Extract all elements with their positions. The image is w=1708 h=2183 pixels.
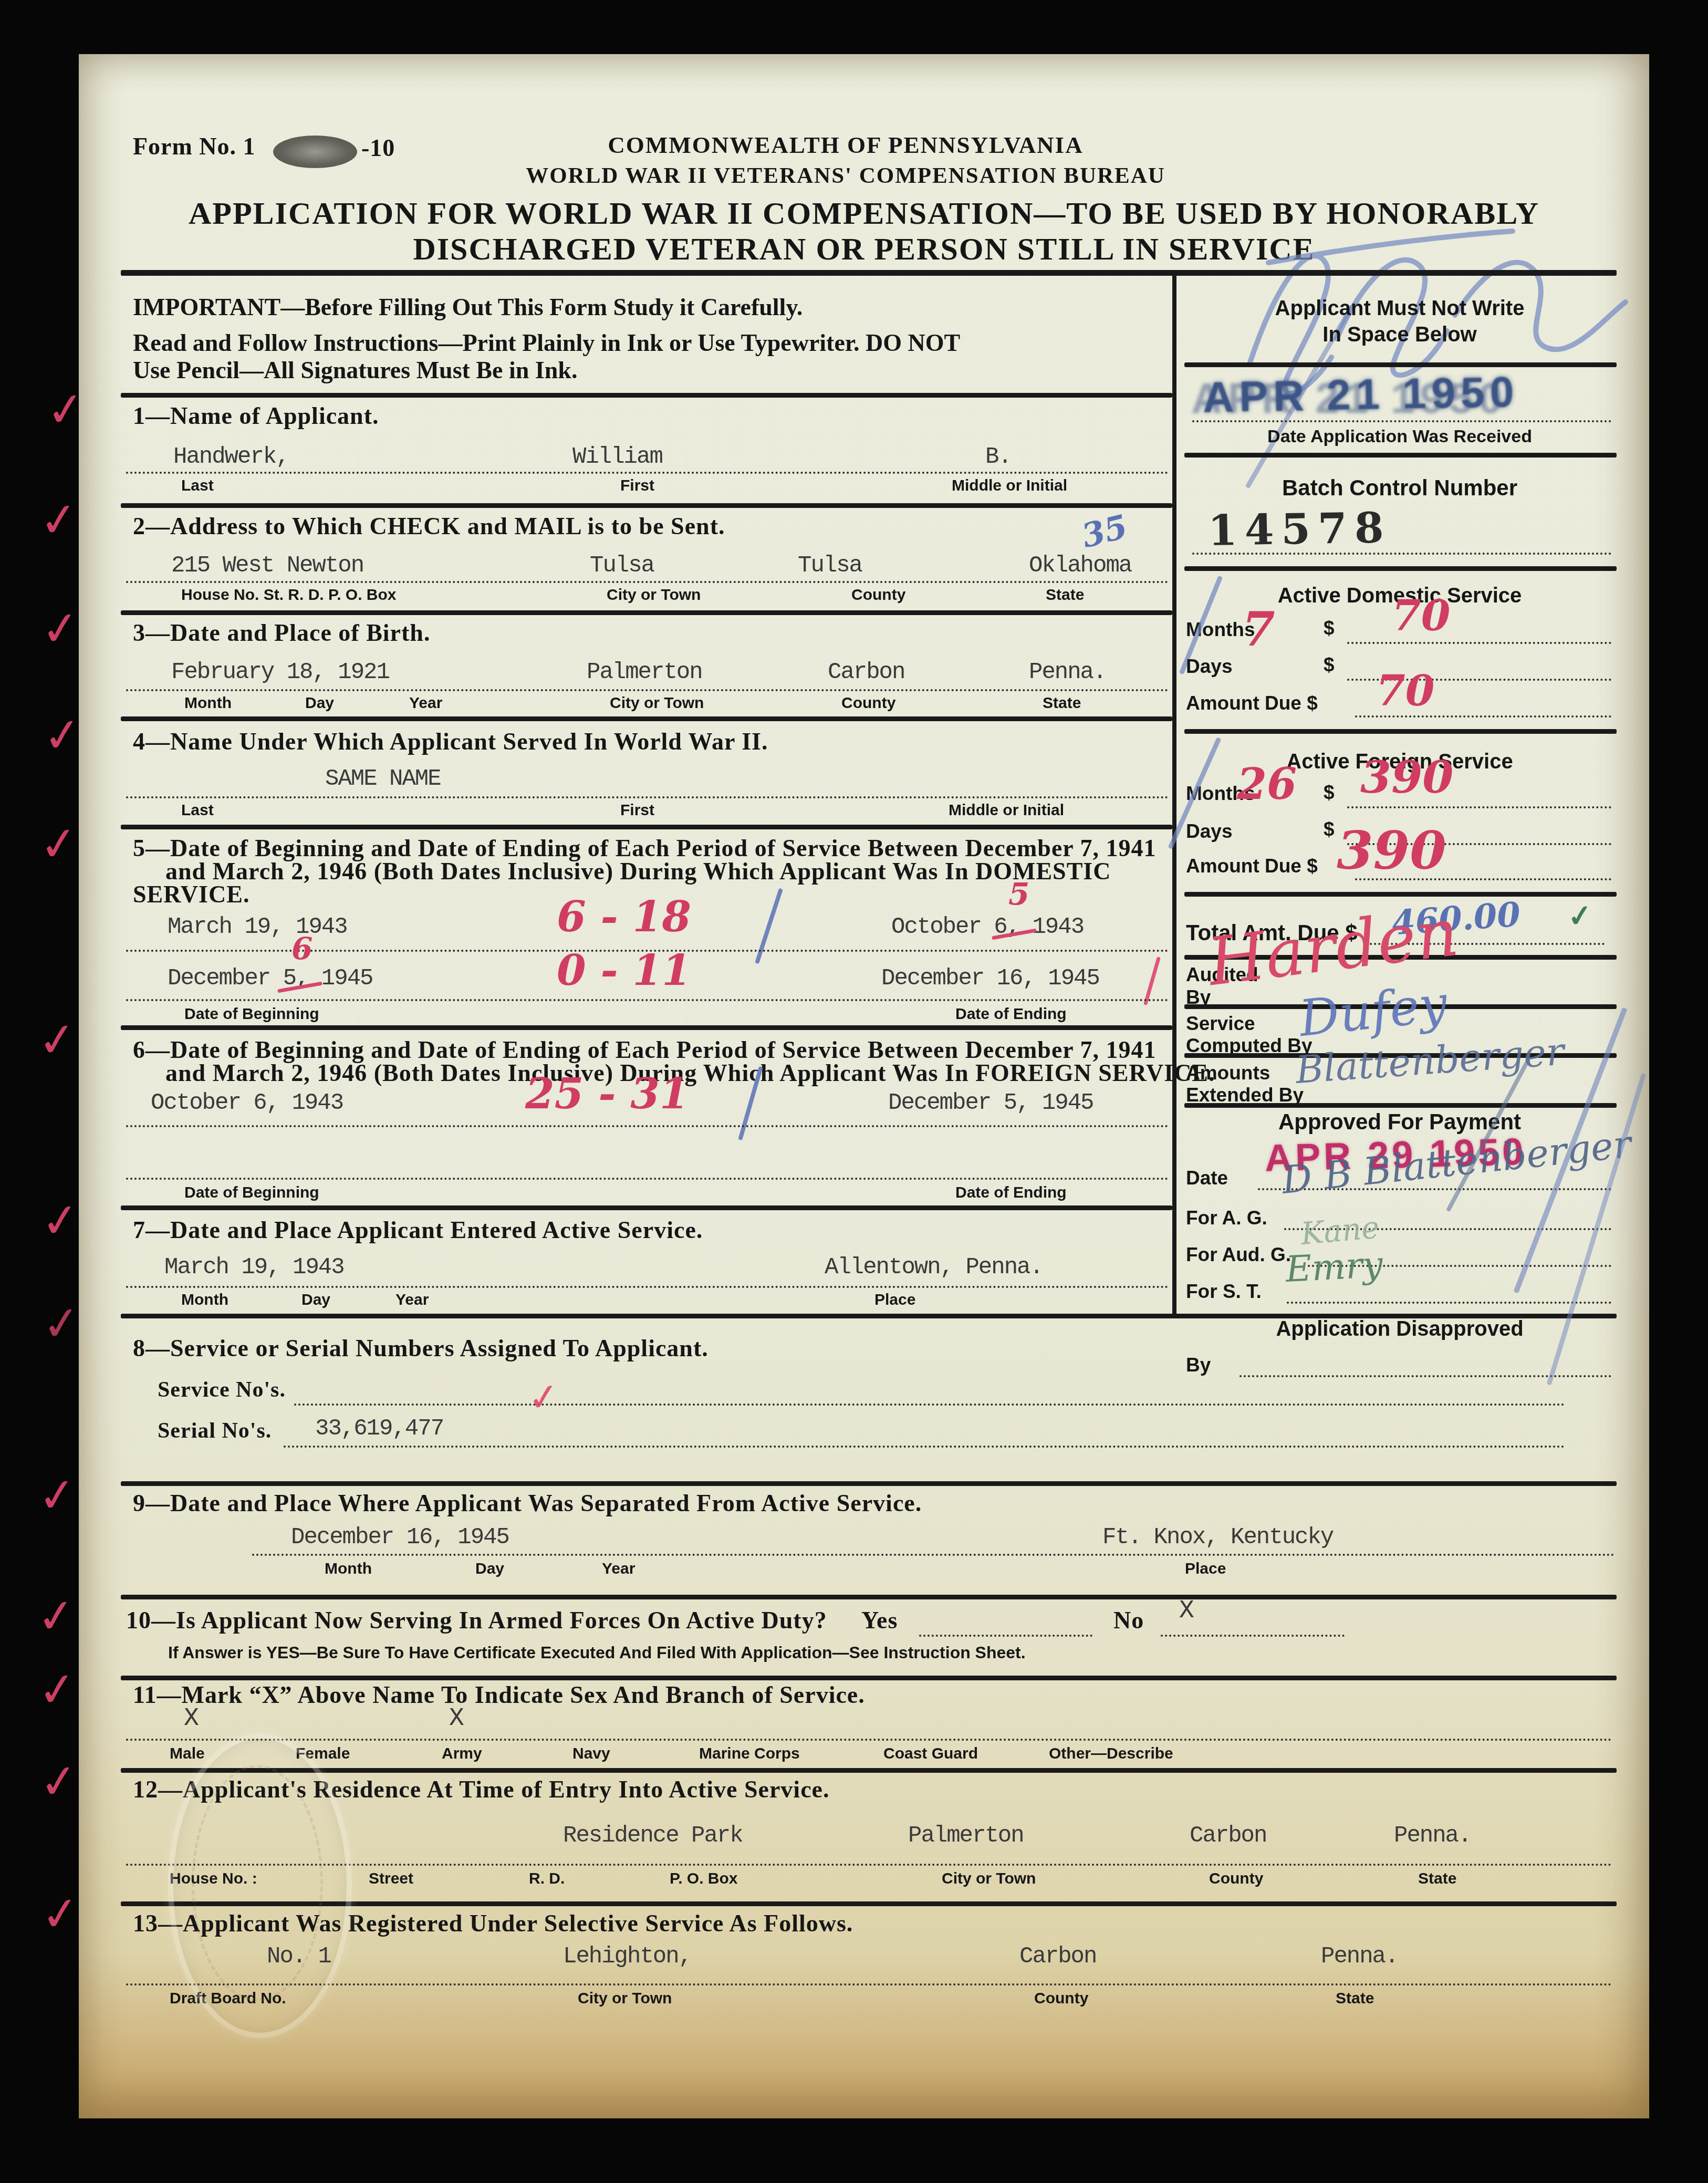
- s7-label-month: Month: [181, 1291, 228, 1309]
- mail-address-city: Tulsa: [590, 553, 654, 579]
- s3-label-county: County: [841, 694, 895, 712]
- s10-no-label: No: [1113, 1606, 1144, 1634]
- draft-board-county: Carbon: [1019, 1943, 1096, 1970]
- check-mark-s13: ✓: [38, 1885, 82, 1942]
- form-number: Form No. 1: [133, 132, 256, 160]
- foreign-due-value: 390: [1337, 819, 1446, 881]
- panel-batch-line: [1192, 553, 1611, 555]
- panel-rule-1: [1184, 362, 1617, 367]
- check-mark-s3: ✓: [38, 599, 82, 657]
- rule-s9: [121, 1595, 1617, 1599]
- s6-row-end: December 5, 1945: [888, 1090, 1093, 1116]
- extended-label-line1: Amounts: [1186, 1062, 1270, 1084]
- s6-row-begin: October 6, 1943: [151, 1090, 343, 1116]
- residence-city: Palmerton: [908, 1823, 1024, 1849]
- s7-label-place: Place: [874, 1291, 915, 1309]
- s2-label-state: State: [1046, 586, 1084, 604]
- for-ag-label: For A. G.: [1186, 1207, 1267, 1229]
- separation-place: Ft. Knox, Kentucky: [1102, 1524, 1333, 1551]
- s10-yes-label: Yes: [861, 1606, 898, 1634]
- embossed-seal-inner-ring: [192, 1765, 323, 2001]
- foreign-due-label: Amount Due $: [1186, 855, 1318, 877]
- s11-line: [126, 1739, 1612, 1741]
- s11-army-mark: X: [449, 1704, 463, 1733]
- s9-line: [252, 1554, 1615, 1556]
- scanned-form-photo: Form No. 1 -10 COMMONWEALTH OF PENNSYLVA…: [0, 0, 1708, 2183]
- check-mark-s11: ✓: [35, 1660, 79, 1718]
- check-mark-s1: ✓: [44, 380, 88, 438]
- computed-label-line1: Service: [1186, 1013, 1255, 1035]
- birth-city: Palmerton: [587, 659, 702, 685]
- panel-rule-3: [1184, 566, 1617, 571]
- s12-label-pobox: P. O. Box: [670, 1870, 738, 1888]
- s12-label-county: County: [1209, 1870, 1263, 1888]
- domestic-days-label: Days: [1186, 656, 1232, 678]
- s12-label-rd: R. D.: [529, 1870, 565, 1888]
- check-mark-s4: ✓: [40, 706, 85, 764]
- check-mark-s12: ✓: [37, 1752, 81, 1810]
- s12-label-city: City or Town: [942, 1870, 1036, 1888]
- rule-s5: [121, 1025, 1172, 1030]
- check-mark-s9: ✓: [35, 1466, 79, 1524]
- bureau-division: WORLD WAR II VETERANS' COMPENSATION BURE…: [368, 163, 1324, 189]
- s8-service-line: [294, 1404, 1565, 1406]
- s13-label-state: State: [1336, 1990, 1374, 2008]
- s7-label-day: Day: [301, 1291, 330, 1309]
- s7-title: 7—Date and Place Applicant Entered Activ…: [133, 1216, 703, 1244]
- s7-label-year: Year: [395, 1291, 429, 1309]
- s5-row2-end: December 16, 1945: [881, 965, 1099, 992]
- notice-line2: Read and Follow Instructions—Print Plain…: [133, 329, 960, 357]
- domestic-due-label: Amount Due $: [1186, 692, 1318, 714]
- rule-s1: [121, 503, 1172, 508]
- for-st-signature: Emry: [1285, 1244, 1384, 1291]
- s5-row1-note: 6 - 18: [557, 892, 691, 941]
- s5-line2: [126, 999, 1169, 1001]
- s9-label-day: Day: [475, 1560, 504, 1578]
- panel-received-line: [1192, 420, 1611, 422]
- s5-row1-correction: 5: [1008, 876, 1029, 912]
- s1-line: [126, 472, 1169, 474]
- for-st-line: [1287, 1302, 1611, 1304]
- application-disapproved-label: Application Disapproved: [1184, 1317, 1615, 1341]
- check-mark-s5: ✓: [37, 815, 81, 872]
- s8-serial-label: Serial No's.: [158, 1418, 272, 1443]
- s2-label-city: City or Town: [607, 586, 701, 604]
- s10-yes-line: [919, 1635, 1092, 1637]
- s5-row2-correction: 6: [291, 931, 313, 966]
- approved-date-label: Date: [1186, 1167, 1228, 1189]
- s4-label-first: First: [620, 802, 654, 819]
- domestic-days-dollar: $: [1324, 654, 1335, 676]
- s11-label-coast-guard: Coast Guard: [883, 1745, 978, 1763]
- s8-service-label: Service No's.: [158, 1377, 286, 1402]
- s12-label-street: Street: [369, 1870, 413, 1888]
- notice-line1: IMPORTANT—Before Filling Out This Form S…: [133, 293, 803, 321]
- notice-line3: Use Pencil—All Signatures Must Be in Ink…: [133, 356, 577, 384]
- s11-title: 11—Mark “X” Above Name To Indicate Sex A…: [133, 1681, 865, 1709]
- entry-date: March 19, 1943: [164, 1254, 344, 1281]
- panel-rule-5: [1184, 892, 1617, 897]
- s1-label-last: Last: [181, 477, 214, 495]
- rule-s8: [121, 1481, 1617, 1486]
- total-due-check: ✓: [1566, 898, 1594, 935]
- s9-label-year: Year: [602, 1560, 635, 1578]
- domestic-due-value: 70: [1376, 666, 1434, 715]
- panel-divider: [1172, 270, 1176, 1318]
- s6-label-begin: Date of Beginning: [184, 1184, 319, 1202]
- batch-control-label: Batch Control Number: [1184, 475, 1615, 501]
- s8-serial-line: [284, 1446, 1565, 1448]
- domestic-due-line: [1355, 715, 1611, 718]
- s2-label-county: County: [851, 586, 905, 604]
- s5-label-end: Date of Ending: [955, 1005, 1067, 1023]
- s3-label-city: City or Town: [610, 694, 704, 712]
- domestic-months-line: [1347, 642, 1611, 644]
- s3-label-day: Day: [305, 694, 334, 712]
- s12-label-state: State: [1418, 1870, 1456, 1888]
- check-mark-s2: ✓: [37, 491, 81, 548]
- s10-no-answer: X: [1179, 1597, 1193, 1625]
- s3-label-year: Year: [409, 694, 442, 712]
- s10-note: If Answer is YES—Be Sure To Have Certifi…: [168, 1643, 1026, 1662]
- s9-label-place: Place: [1185, 1560, 1226, 1578]
- s11-label-marine-corps: Marine Corps: [699, 1745, 800, 1763]
- for-st-label: For S. T.: [1186, 1281, 1262, 1303]
- s11-label-male: Male: [170, 1745, 205, 1763]
- s3-line: [126, 689, 1169, 691]
- s3-label-state: State: [1043, 694, 1081, 712]
- s11-label-army: Army: [442, 1745, 482, 1763]
- serial-number: 33,619,477: [315, 1416, 443, 1442]
- date-received-label: Date Application Was Received: [1184, 427, 1615, 447]
- s6-row-note: 25 - 31: [525, 1069, 689, 1118]
- domestic-months-value: 7: [1242, 601, 1275, 657]
- mail-address-state: Oklahoma: [1029, 553, 1131, 579]
- s2-line: [126, 581, 1169, 583]
- s13-label-city: City or Town: [578, 1990, 672, 2008]
- s13-label-county: County: [1034, 1990, 1088, 2008]
- s9-label-month: Month: [325, 1560, 372, 1578]
- s2-label-house: House No. St. R. D. P. O. Box: [181, 586, 397, 604]
- check-mark-s7: ✓: [38, 1191, 82, 1249]
- s1-label-first: First: [620, 477, 654, 495]
- applicant-last-name: Handwerk,: [173, 444, 289, 470]
- residence-county: Carbon: [1190, 1823, 1266, 1849]
- separation-date: December 16, 1945: [291, 1524, 509, 1551]
- foreign-due-line: [1355, 878, 1611, 880]
- s6-line1: [126, 1125, 1169, 1127]
- s4-label-last: Last: [181, 802, 214, 819]
- check-mark-s10: ✓: [34, 1587, 78, 1645]
- s11-label-other: Other—Describe: [1049, 1745, 1173, 1763]
- s5-row2-begin: December 5, 1945: [168, 965, 372, 992]
- panel-header-line1: Applicant Must Not Write: [1184, 297, 1615, 320]
- service-name: SAME NAME: [325, 766, 441, 792]
- s13-line: [126, 1983, 1612, 1986]
- check-mark-serial: ✓: [526, 1374, 562, 1421]
- draft-board-city: Lehighton,: [563, 1943, 691, 1970]
- birth-state: Penna.: [1029, 659, 1106, 685]
- mail-address-house: 215 West Newton: [171, 553, 363, 579]
- s5-row1-end: October 6, 1943: [891, 914, 1084, 940]
- foreign-months-value: 26: [1237, 759, 1297, 809]
- s8-title: 8—Service or Serial Numbers Assigned To …: [133, 1334, 709, 1362]
- s4-label-middle: Middle or Initial: [949, 802, 1064, 819]
- applicant-middle-initial: B.: [985, 444, 1011, 470]
- header-rule: [121, 270, 1617, 276]
- union-label-icon: [273, 136, 357, 168]
- applicant-first-name: William: [572, 444, 662, 470]
- s5-label-begin: Date of Beginning: [184, 1005, 319, 1023]
- mail-address-county: Tulsa: [798, 553, 862, 579]
- panel-rule-9: [1184, 1103, 1617, 1108]
- rule-s10: [121, 1676, 1617, 1680]
- date-received-stamp-smudge: APR 21 1950: [1191, 374, 1507, 423]
- foreign-amount-value: 390: [1360, 751, 1453, 804]
- domestic-amount-value: 70: [1392, 591, 1450, 640]
- draft-board-state: Penna.: [1321, 1943, 1398, 1970]
- disapproved-by-label: By: [1186, 1354, 1211, 1376]
- birth-date: February 18, 1921: [171, 659, 389, 685]
- s4-line: [126, 796, 1169, 798]
- rule-s3: [121, 716, 1172, 721]
- foreign-days-dollar: $: [1324, 818, 1335, 840]
- s5-title-line2: and March 2, 1946 (Both Dates Inclusive)…: [165, 857, 1111, 885]
- for-audg-label: For Aud. G.: [1186, 1244, 1291, 1266]
- foreign-months-line: [1347, 806, 1611, 808]
- domestic-months-dollar: $: [1324, 617, 1335, 639]
- s4-title: 4—Name Under Which Applicant Served In W…: [133, 727, 768, 755]
- s5-row1-begin: March 19, 1943: [168, 914, 347, 940]
- s2-title: 2—Address to Which CHECK and MAIL is to …: [133, 512, 725, 540]
- bureau-name: COMMONWEALTH OF PENNSYLVANIA: [368, 131, 1324, 159]
- s3-label-month: Month: [184, 694, 232, 712]
- s3-title: 3—Date and Place of Birth.: [133, 619, 430, 647]
- rule-notice: [121, 393, 1172, 398]
- s10-title: 10—Is Applicant Now Serving In Armed For…: [126, 1606, 827, 1634]
- rule-s11: [121, 1768, 1617, 1773]
- panel-rule-2: [1184, 453, 1617, 458]
- s7-line: [126, 1286, 1169, 1288]
- s11-male-mark: X: [184, 1704, 198, 1733]
- check-mark-s6: ✓: [35, 1011, 79, 1068]
- panel-header-line2: In Space Below: [1184, 323, 1615, 347]
- s11-label-navy: Navy: [572, 1745, 610, 1763]
- s6-title-line2: and March 2, 1946 (Both Dates Inclusive)…: [165, 1059, 1215, 1087]
- rule-s4: [121, 825, 1172, 829]
- rule-s2: [121, 610, 1172, 615]
- disapproved-by-line: [1240, 1375, 1611, 1377]
- s6-line2: [126, 1178, 1169, 1180]
- s10-no-line: [1161, 1635, 1345, 1637]
- s1-title: 1—Name of Applicant.: [133, 402, 379, 430]
- s5-row2-note: 0 - 11: [557, 945, 691, 995]
- birth-county: Carbon: [828, 659, 904, 685]
- rule-s6: [121, 1205, 1172, 1210]
- panel-rule-4: [1184, 729, 1617, 734]
- s5-title-line3: SERVICE.: [133, 880, 249, 908]
- check-mark-s8: ✓: [39, 1294, 84, 1352]
- foreign-days-label: Days: [1186, 820, 1232, 843]
- s6-label-end: Date of Ending: [955, 1184, 1067, 1202]
- s1-label-middle: Middle or Initial: [952, 477, 1067, 495]
- foreign-months-dollar: $: [1324, 782, 1335, 804]
- residence-street: Residence Park: [563, 1823, 743, 1849]
- batch-control-number: 14578: [1207, 503, 1391, 555]
- entry-place: Allentown, Penna.: [825, 1254, 1043, 1281]
- residence-state: Penna.: [1394, 1823, 1471, 1849]
- s9-title: 9—Date and Place Where Applicant Was Sep…: [133, 1489, 922, 1517]
